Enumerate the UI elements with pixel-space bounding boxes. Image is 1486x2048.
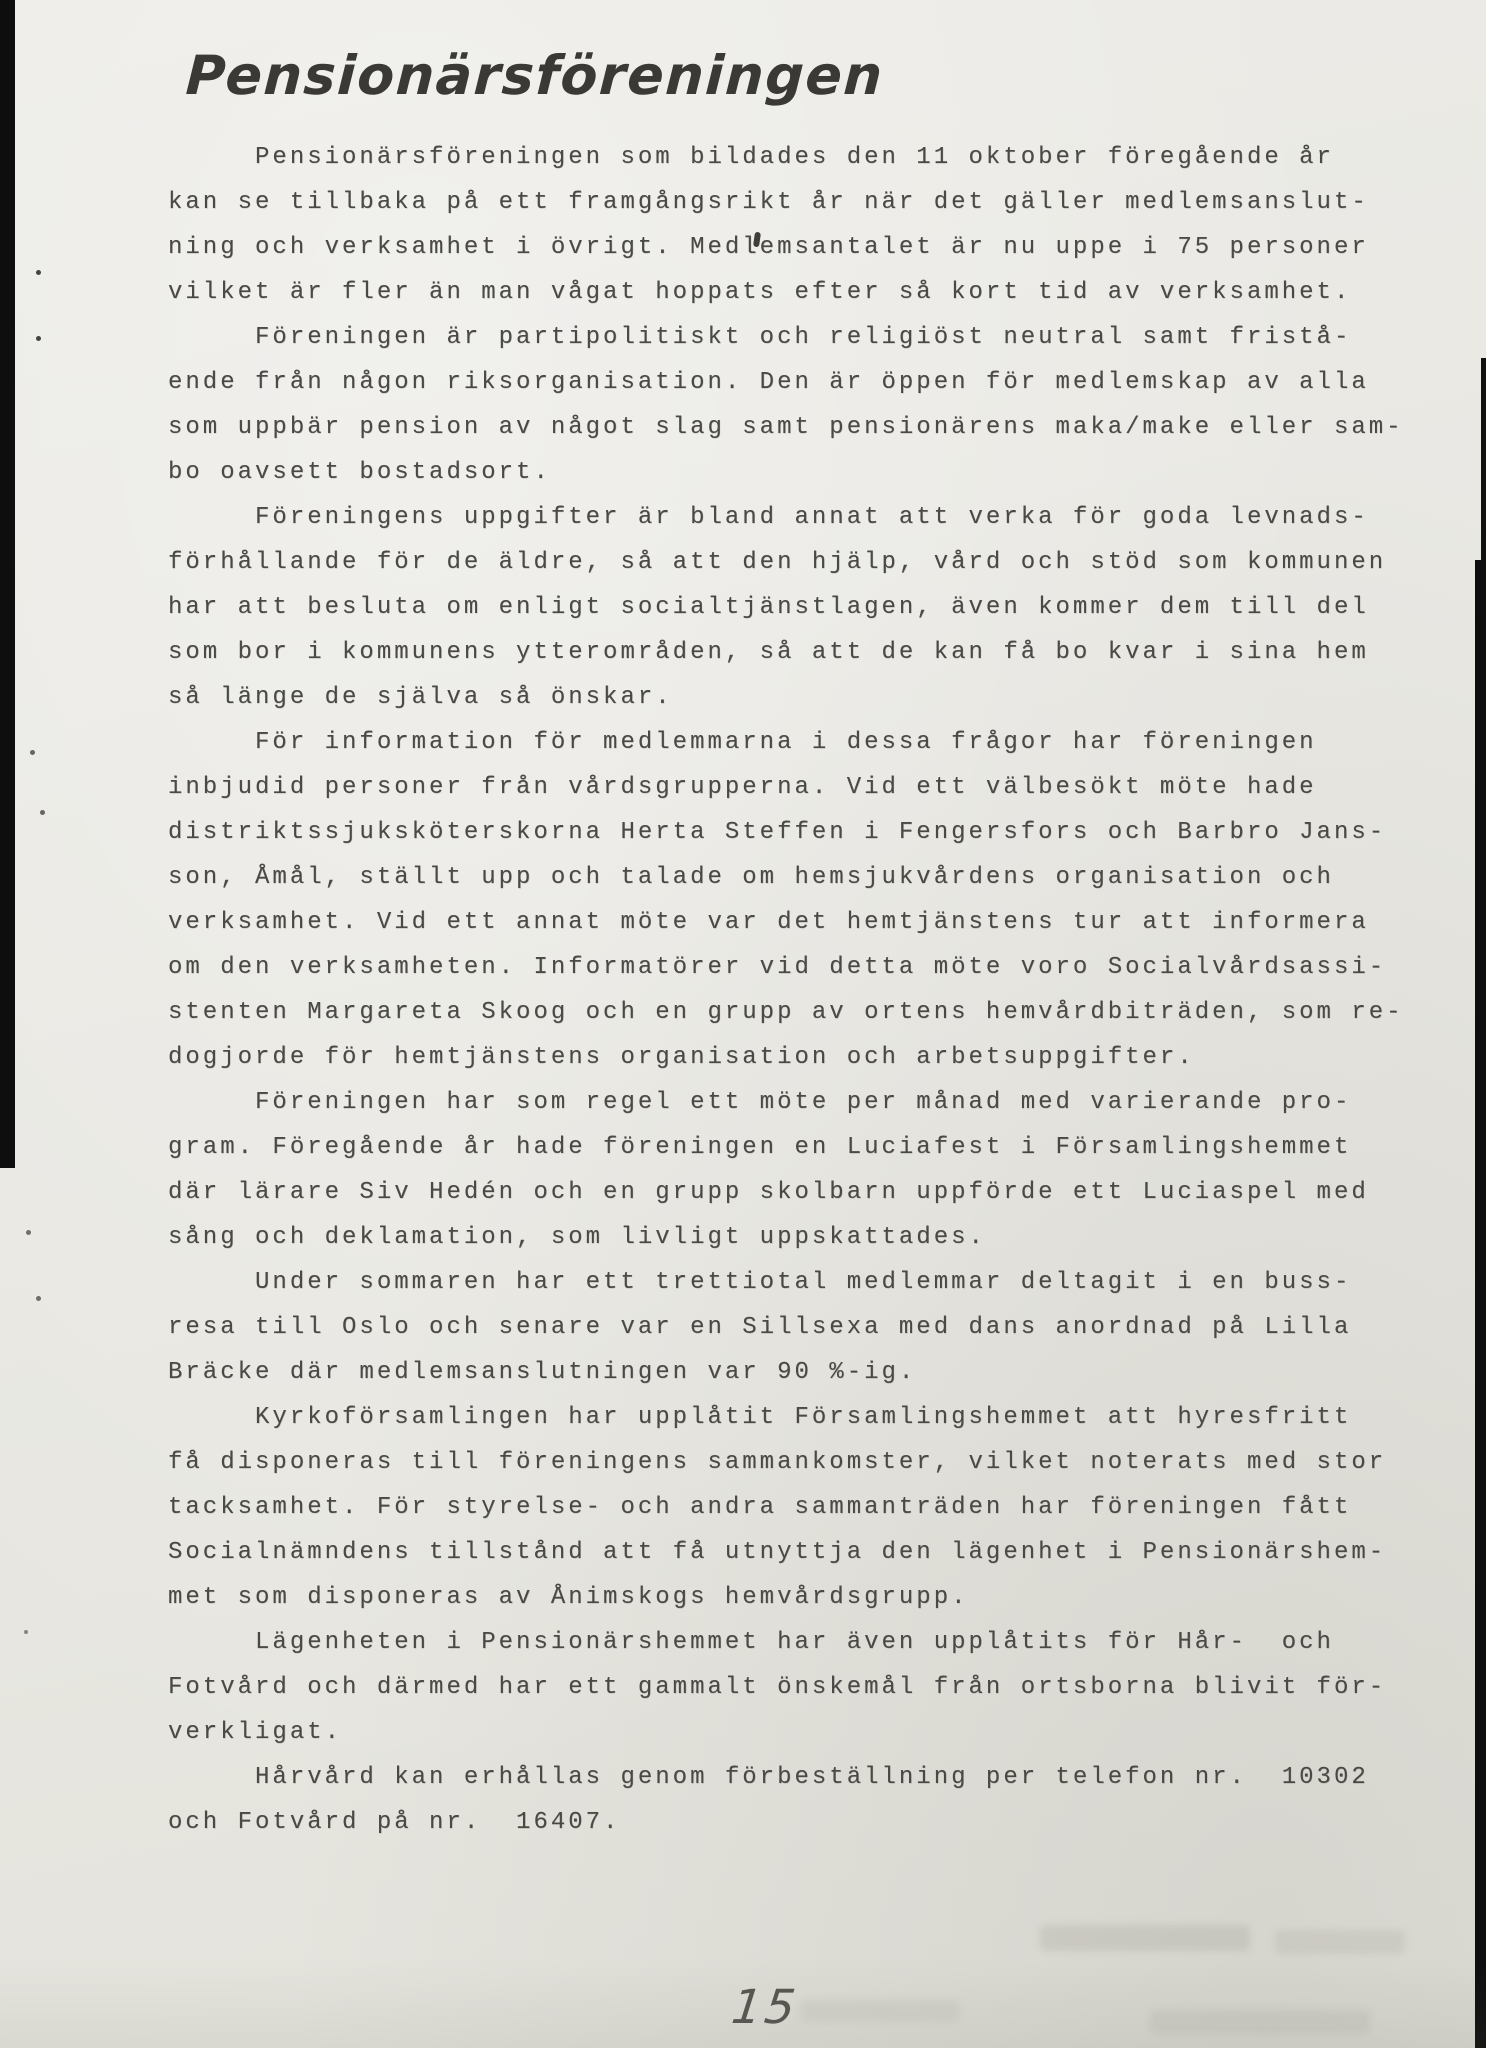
text-line: och Fotvård på nr. 16407. [168,1800,1404,1845]
text-line: få disponeras till föreningens sammankom… [168,1440,1404,1485]
text-line: Fotvård och därmed har ett gammalt önske… [168,1665,1404,1710]
bleedthrough-ghost [1275,1930,1405,1954]
text-line: Hårvård kan erhållas genom förbeställnin… [168,1755,1404,1800]
bleedthrough-ghost [1040,1925,1250,1951]
text-line: Föreningens uppgifter är bland annat att… [168,495,1404,540]
text-line: som bor i kommunens ytterområden, så att… [168,630,1404,675]
text-line: Föreningen har som regel ett möte per må… [168,1080,1404,1125]
scan-artifact-dot [36,270,41,275]
scan-artifact-dot [30,750,35,755]
text-line: son, Åmål, ställt upp och talade om hems… [168,855,1404,900]
scan-artifact-dot [24,1630,28,1634]
text-line: resa till Oslo och senare var en Sillsex… [168,1305,1404,1350]
text-line: dogjorde för hemtjänstens organisation o… [168,1035,1404,1080]
text-line: met som disponeras av Ånimskogs hemvårds… [168,1575,1404,1620]
text-line: Kyrkoförsamlingen har upplåtit Församlin… [168,1395,1404,1440]
text-line: Föreningen är partipolitiskt och religiö… [168,315,1404,360]
scan-artifact-dot [40,810,45,815]
text-line: Pensionärsföreningen som bildades den 11… [168,135,1404,180]
text-line: så länge de själva så önskar. [168,675,1404,720]
bottom-shading [0,1958,1486,2048]
scan-edge-right [1475,560,1486,2048]
scanned-document-page: { "document": { "title": "Pensionärsföre… [0,0,1486,2048]
text-line: vilket är fler än man vågat hoppats efte… [168,270,1404,315]
text-line: bo oavsett bostadsort. [168,450,1404,495]
text-line: sång och deklamation, som livligt uppska… [168,1215,1404,1260]
text-line: ning och verksamhet i övrigt. Medlemsant… [168,225,1404,270]
scan-edge-right-upper [1481,358,1486,568]
text-line: som uppbär pension av något slag samt pe… [168,405,1404,450]
text-line: har att besluta om enligt socialtjänstla… [168,585,1404,630]
text-line: gram. Föregående år hade föreningen en L… [168,1125,1404,1170]
scan-edge-left [0,0,15,1168]
text-line: stenten Margareta Skoog och en grupp av … [168,990,1404,1035]
text-line: För information för medlemmarna i dessa … [168,720,1404,765]
text-line: ende från någon riksorganisation. Den är… [168,360,1404,405]
text-line: Under sommaren har ett trettiotal medlem… [168,1260,1404,1305]
text-line: kan se tillbaka på ett framgångsrikt år … [168,180,1404,225]
text-line: verkligat. [168,1710,1404,1755]
text-line: Bräcke där medlemsanslutningen var 90 %-… [168,1350,1404,1395]
text-line: verksamhet. Vid ett annat möte var det h… [168,900,1404,945]
text-line: Socialnämndens tillstånd att få utnyttja… [168,1530,1404,1575]
scan-artifact-dot [36,1296,41,1301]
text-line: där lärare Siv Hedén och en grupp skolba… [168,1170,1404,1215]
text-line: Lägenheten i Pensionärshemmet har även u… [168,1620,1404,1665]
scan-artifact-dot [36,336,41,341]
body-text: Pensionärsföreningen som bildades den 11… [168,135,1404,1845]
page-title: Pensionärsföreningen [184,44,885,107]
text-line: om den verksamheten. Informatörer vid de… [168,945,1404,990]
text-line: distriktssjuksköterskorna Herta Steffen … [168,810,1404,855]
scan-artifact-dot [26,1230,31,1235]
text-line: tacksamhet. För styrelse- och andra samm… [168,1485,1404,1530]
text-line: inbjudid personer från vårdsgrupperna. V… [168,765,1404,810]
text-line: förhållande för de äldre, så att den hjä… [168,540,1404,585]
